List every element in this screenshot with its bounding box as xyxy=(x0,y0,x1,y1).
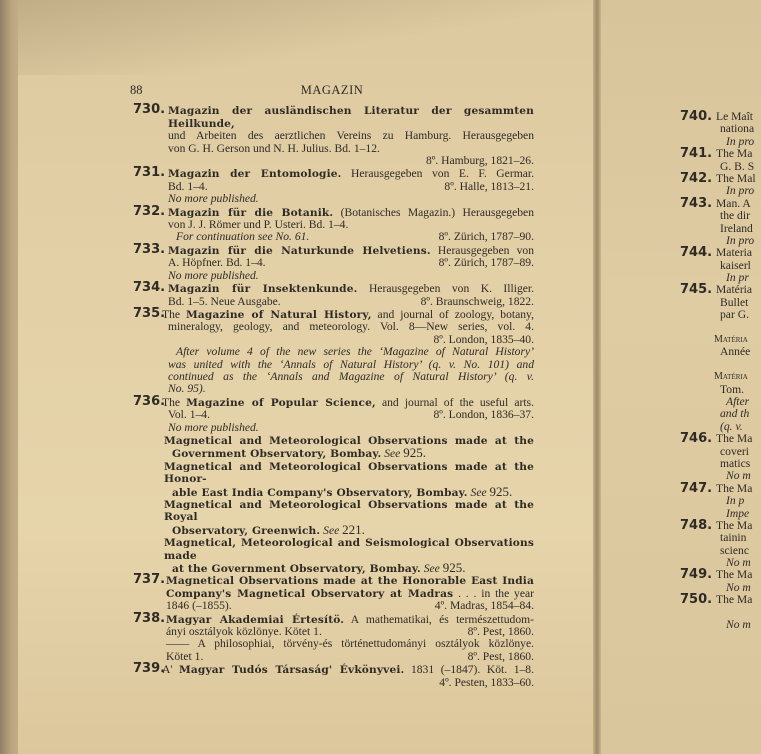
entry-730: 730. Magazin der ausländischen Literatur… xyxy=(130,105,534,167)
entry-line: For continuation see No. 61.8º. Zürich, … xyxy=(168,231,534,243)
cross-ref: Magnetical and Meteorological Observatio… xyxy=(164,435,534,461)
right-page-content: 740.Le MaîtnationaIn pro741.The MaG. B. … xyxy=(680,111,761,631)
fragment-line: In p xyxy=(680,495,761,507)
entry-number: 740. xyxy=(680,111,712,123)
fragment-text: Année xyxy=(720,346,750,358)
fragment-text: Matéria xyxy=(716,284,752,296)
fragment-text: Materia xyxy=(716,247,752,259)
fragment-entry: 746.The Ma xyxy=(680,433,761,445)
running-head: 88 MAGAZIN xyxy=(130,84,534,96)
fragment-line: and th xyxy=(680,408,761,420)
fragment-line xyxy=(680,322,761,334)
entry-number: 737. xyxy=(133,574,165,586)
entry-note: No. 95). xyxy=(168,383,534,395)
cross-ref: Magnetical, Meteorological and Seismolog… xyxy=(164,537,534,575)
entry-number: 741. xyxy=(680,148,712,160)
entry-line: mineralogy, geology, and meteorology. Vo… xyxy=(168,321,534,333)
running-head-title: MAGAZIN xyxy=(130,84,534,96)
book-spread: 88 MAGAZIN 730. Magazin der ausländische… xyxy=(0,0,761,754)
entry-line: 1846 (–1855).4º. Madras, 1854–84. xyxy=(166,600,534,612)
entry-number: 735. xyxy=(133,308,165,320)
entry-number: 733. xyxy=(133,244,165,256)
entry-number: 749. xyxy=(680,569,712,581)
entry-number: 744. xyxy=(680,247,712,259)
fragment-line xyxy=(680,359,761,371)
entry-note: No more published. xyxy=(168,193,534,205)
entry-imprint: 8º. Hamburg, 1821–26. xyxy=(168,155,534,167)
entry-number: 734. xyxy=(133,282,165,294)
fragment-line: the dir xyxy=(680,210,761,222)
entry-739: 739. A' Magyar Tudós Társaság' Évkönyvei… xyxy=(130,664,534,689)
fragment-text: the dir xyxy=(720,210,750,222)
entry-line: A. Höpfner. Bd. 1–4.8º. Zürich, 1787–89. xyxy=(168,257,534,269)
fragment-text: No m xyxy=(726,619,751,631)
fragment-text: and th xyxy=(720,408,749,420)
entry-note: No more published. xyxy=(168,422,534,434)
entry-number: 746. xyxy=(680,433,712,445)
entry-number: 739. xyxy=(133,663,165,675)
fragment-text: The Ma xyxy=(716,594,752,606)
fragment-text: The Ma xyxy=(716,148,752,160)
entry-number: 743. xyxy=(680,198,712,210)
entry-line: und Arbeiten des aerztlichen Vereins zu … xyxy=(168,130,534,142)
fragment-line: Matéria xyxy=(680,371,761,383)
fragment-line: nationa xyxy=(680,123,761,135)
entry-note: continued as the ‘Annals and Magazine of… xyxy=(168,371,534,383)
fragment-text: The Ma xyxy=(716,433,752,445)
fragment-line: Année xyxy=(680,346,761,358)
entry-number: 738. xyxy=(133,613,165,625)
fragment-entry: 741.The Ma xyxy=(680,148,761,160)
entry-732: 732. Magazin für die Botanik. (Botanisch… xyxy=(130,207,534,244)
fragment-line: No m xyxy=(680,619,761,631)
page-shadow xyxy=(18,0,600,75)
fragment-line: par G. xyxy=(680,309,761,321)
fragment-text: In p xyxy=(726,495,744,507)
fragment-text: tainin xyxy=(720,532,746,544)
entry-line: Vol. 1–4.8º. London, 1836–37. xyxy=(168,409,534,421)
entry-line: Kötet 1.8º. Pest, 1860. xyxy=(166,651,534,663)
entry-735: 735. The Magazine of Natural History, an… xyxy=(130,309,534,396)
fragment-text: par G. xyxy=(720,309,749,321)
entry-note: No more published. xyxy=(168,270,534,282)
entry-number: 748. xyxy=(680,520,712,532)
fragment-line: tainin xyxy=(680,532,761,544)
entry-number: 750. xyxy=(680,594,712,606)
entry-737: 737. Magnetical Observations made at the… xyxy=(130,575,534,612)
fragment-entry: 750.The Ma xyxy=(680,594,761,606)
fragment-entry: 745.Matéria xyxy=(680,284,761,296)
cross-references: Magnetical and Meteorological Observatio… xyxy=(130,435,534,575)
entry-title: Magazin der Entomologie. Herausgegeben v… xyxy=(168,168,534,180)
entry-738: 738. Magyar Akademiai Értesítö. A mathem… xyxy=(130,614,534,664)
entry-number: 736. xyxy=(133,396,165,408)
entry-number: 747. xyxy=(680,483,712,495)
fragment-text: nationa xyxy=(720,123,754,135)
cross-ref: Magnetical and Meteorological Observatio… xyxy=(164,499,534,537)
cross-ref: Magnetical and Meteorological Observatio… xyxy=(164,461,534,499)
fragment-entry: 744.Materia xyxy=(680,247,761,259)
entry-title: A' Magyar Tudós Társaság' Évkönyvei. 183… xyxy=(162,664,534,676)
left-page-content: 88 MAGAZIN 730. Magazin der ausländische… xyxy=(130,84,534,690)
entry-number: 742. xyxy=(680,173,712,185)
entry-title: Magazin für Insektenkunde. Herausgegeben… xyxy=(168,283,534,295)
fragment-text: In pro xyxy=(726,185,754,197)
fragment-text: The Ma xyxy=(716,569,752,581)
book-gutter xyxy=(593,0,601,754)
entry-number: 730. xyxy=(133,104,165,116)
entry-number: 732. xyxy=(133,206,165,218)
fragment-text: No m xyxy=(726,470,751,482)
entry-title: Magazin der ausländischen Literatur der … xyxy=(168,105,534,130)
entry-line: Bd. 1–5. Neue Ausgabe.8º. Braunschweig, … xyxy=(168,296,534,308)
entry-number: 731. xyxy=(133,167,165,179)
fragment-entry: 749.The Ma xyxy=(680,569,761,581)
entry-734: 734. Magazin für Insektenkunde. Herausge… xyxy=(130,283,534,308)
entry-imprint: 4º. Pesten, 1833–60. xyxy=(166,677,534,689)
entry-continuation: —— A philosophiai, törvény-és történettu… xyxy=(166,638,534,650)
fragment-entry: 747.The Ma xyxy=(680,483,761,495)
entry-733: 733. Magazin für die Naturkunde Helvetie… xyxy=(130,245,534,282)
fragment-text: Matéria xyxy=(714,371,748,383)
entry-number: 745. xyxy=(680,284,712,296)
entry-note: After volume 4 of the new series the ‘Ma… xyxy=(168,346,534,358)
entry-736: 736. The Magazine of Popular Science, an… xyxy=(130,397,534,434)
entry-731: 731. Magazin der Entomologie. Herausgege… xyxy=(130,168,534,205)
